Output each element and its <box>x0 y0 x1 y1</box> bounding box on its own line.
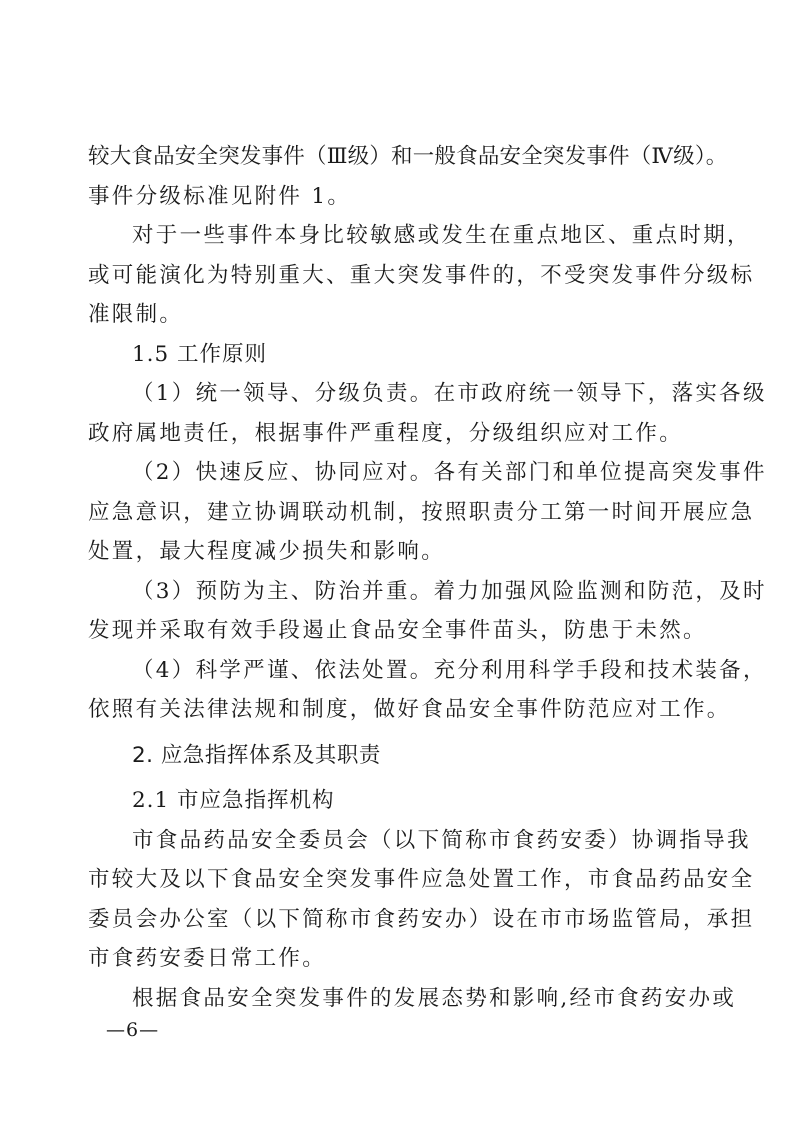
text-line: 发现并采取有效手段遏止食品安全事件苗头，防患于未然。 <box>88 611 718 651</box>
paragraph-sensitive-events: 对于一些事件本身比较敏感或发生在重点地区、重点时期， 或可能演化为特别重大、重大… <box>88 216 718 335</box>
paragraph-development-trend: 根据食品安全突发事件的发展态势和影响,经市食药安办或 <box>88 979 718 1019</box>
paragraph-event-levels: 较大食品安全突发事件（Ⅲ级）和一般食品安全突发事件（Ⅳ级）。 事件分级标准见附件… <box>88 137 718 216</box>
text-line: 委员会办公室（以下简称市食药安办）设在市市场监管局，承担 <box>88 900 718 940</box>
text-line: 市食药安委日常工作。 <box>88 939 718 979</box>
paragraph-food-safety-committee: 市食品药品安全委员会（以下简称市食药安委）协调指导我 市较大及以下食品安全突发事… <box>88 821 718 979</box>
text-line: 对于一些事件本身比较敏感或发生在重点地区、重点时期， <box>88 216 718 256</box>
text-line: 依照有关法律法规和制度，做好食品安全事件防范应对工作。 <box>88 690 718 730</box>
text-line: （4）科学严谨、依法处置。充分利用科学手段和技术装备， <box>88 651 718 691</box>
section-heading-work-principles: 1.5 工作原则 <box>88 335 718 375</box>
text-line: （3）预防为主、防治并重。着力加强风险监测和防范，及时 <box>88 572 718 612</box>
paragraph-principle-2: （2）快速反应、协同应对。各有关部门和单位提高突发事件 应急意识，建立协调联动机… <box>88 453 718 572</box>
text-line: 政府属地责任，根据事件严重程度，分级组织应对工作。 <box>88 414 718 454</box>
text-line: 根据食品安全突发事件的发展态势和影响,经市食药安办或 <box>88 979 718 1019</box>
text-line: 准限制。 <box>88 295 718 335</box>
document-page: 较大食品安全突发事件（Ⅲ级）和一般食品安全突发事件（Ⅳ级）。 事件分级标准见附件… <box>88 137 718 1018</box>
text-line: 市食品药品安全委员会（以下简称市食药安委）协调指导我 <box>88 821 718 861</box>
paragraph-principle-4: （4）科学严谨、依法处置。充分利用科学手段和技术装备， 依照有关法律法规和制度，… <box>88 651 718 730</box>
text-line: 较大食品安全突发事件（Ⅲ级）和一般食品安全突发事件（Ⅳ级）。 <box>88 137 718 177</box>
text-line: 市较大及以下食品安全突发事件应急处置工作，市食品药品安全 <box>88 860 718 900</box>
page-number: —6— <box>106 1019 159 1041</box>
text-line: 应急意识，建立协调联动机制，按照职责分工第一时间开展应急 <box>88 493 718 533</box>
text-line: （2）快速反应、协同应对。各有关部门和单位提高突发事件 <box>88 453 718 493</box>
text-line: 事件分级标准见附件 1。 <box>88 177 718 217</box>
section-heading-command-system: 2. 应急指挥体系及其职责 <box>88 736 718 776</box>
paragraph-principle-3: （3）预防为主、防治并重。着力加强风险监测和防范，及时 发现并采取有效手段遏止食… <box>88 572 718 651</box>
text-line: （1）统一领导、分级负责。在市政府统一领导下，落实各级 <box>88 374 718 414</box>
paragraph-principle-1: （1）统一领导、分级负责。在市政府统一领导下，落实各级 政府属地责任，根据事件严… <box>88 374 718 453</box>
text-line: 或可能演化为特别重大、重大突发事件的，不受突发事件分级标 <box>88 256 718 296</box>
section-heading-city-command: 2.1 市应急指挥机构 <box>88 781 718 821</box>
text-line: 处置，最大程度减少损失和影响。 <box>88 532 718 572</box>
